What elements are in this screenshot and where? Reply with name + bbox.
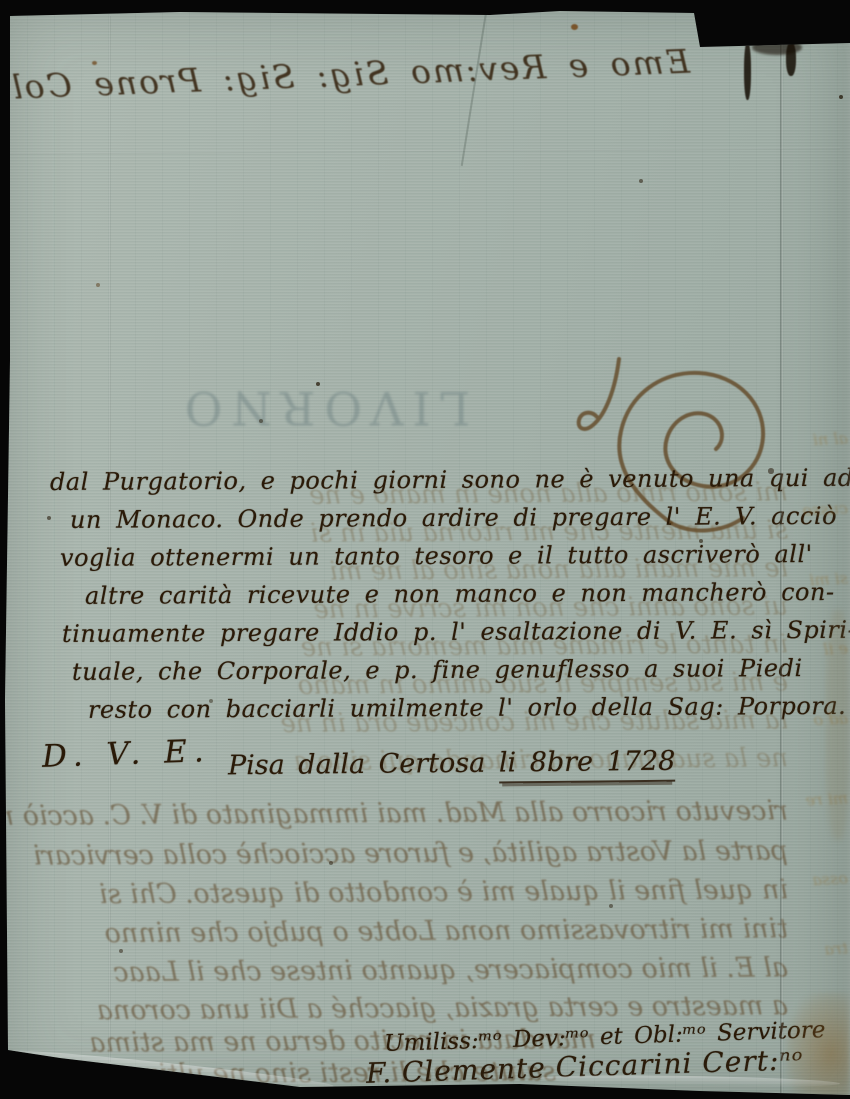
ink-specks [0,0,2,2]
verso-flap-mark: cusso [792,499,849,521]
fold-crease-horizontal [10,147,840,154]
verso-showthrough-line: si una mente che mi ritorna uia in si [36,515,788,550]
fold-crease-top [461,0,489,166]
verso-showthrough-line: in tanto le rimane mia memoria si ne [36,629,788,664]
flourish-spiral [575,345,815,540]
verso-flap-mark: al ni [792,429,849,451]
verso-flap-mark: e il [792,639,849,661]
verso-showthrough-line: tini mi ritrovassimo nona Lobte o pubjo … [36,913,788,949]
burn-mark [752,40,802,55]
burn-mark [744,42,751,100]
letter-line: tinuamente pregare Iddio p. l' esaltazio… [50,616,810,648]
manuscript-scan: Emo e Rev:mo Sig: Sig: Prone Colmo LIVOR… [0,0,850,1099]
closing-abbreviation: D. V. E. [41,733,211,775]
rust-spot [92,61,97,65]
verso-showthrough-line: ne la sua mano mi rimanda qui sino a [36,743,788,778]
verso-flap-mark: si mi [792,569,849,591]
verso-showthrough-line: la mia salute che mi concede ora in ne [36,705,788,740]
stain [826,610,850,840]
verso-showthrough-line: ricevuto ricorro alla Mad. mai immaginat… [36,795,788,831]
verso-flap-mark: tra [792,939,849,961]
verso-address-showthrough: Emo e Rev:mo Sig: Sig: Prone Colmo [149,42,690,102]
verso-showthrough-line: a maestro e certa grazia, giacché a Dii … [36,990,788,1026]
verso-showthrough-line: le mie mani alla nona sino al ne mi [36,553,788,588]
verso-flap-mark: ossa [792,869,849,891]
fold-crease-left [109,16,111,1062]
paper-watermark: LIVORNO [168,362,478,454]
verso-flap-mark: mi re [792,789,849,811]
verso-showthrough-line: mi sono rimo alla none in mano e ne [36,477,788,512]
letter-line: un Monaco. Onde prendo ardire di pregare… [50,502,818,534]
dateline-date: li 8bre 1728 [499,746,676,784]
dateline: Pisa dalla Certosa li 8bre 1728 [228,746,676,782]
signature-honorific: Umiliss:ᵐᵒ Dev:ᵐᵒ et Obl:ᵐᵒ Servitore [384,1017,826,1057]
letter-line: dal Purgatorio, e pochi giorni sono ne è… [50,464,798,496]
fold-crease-right [780,43,783,1093]
letter-sheet: Emo e Rev:mo Sig: Sig: Prone Colmo LIVOR… [0,0,850,1099]
dateline-place: Pisa dalla Certosa [228,748,486,782]
letter-line: resto con bacciarli umilmente l' orlo de… [50,692,836,724]
verso-showthrough-line: e mi sia sempre il suo animo in mano [36,667,788,702]
verso-showthrough-line: in quel fine il quale mi è condotto di q… [36,874,788,910]
paper-edge-highlight [5,1046,334,1091]
paper-edge-highlight [540,1073,840,1088]
letter-line: altre carità ricevute e non manco e non … [50,578,833,610]
verso-showthrough-line: al E. il mio compiacere, quanto intese c… [36,952,788,988]
rust-spot [571,24,578,30]
stain [786,992,850,1096]
letter-line: tuale, che Corporale, e p. fine genufles… [50,654,820,686]
verso-showthrough-line: parte la Vostra agilità, e furore accioc… [36,835,788,871]
signature-name: F. Clemente Ciccarini Cert:ⁿᵒ [366,1043,804,1090]
letter-line: voglia ottenermi un tanto tesoro e il tu… [50,540,808,572]
verso-flap-mark: ad o [792,709,849,731]
verso-showthrough-line: mandata in recito deruo ne ma stima [36,1024,596,1059]
burn-mark [786,42,796,76]
verso-showthrough-line: salute che li resti sino ne ultima [36,1056,556,1091]
verso-showthrough-line: ui sono anni che non mi scrive in ne [36,591,788,626]
